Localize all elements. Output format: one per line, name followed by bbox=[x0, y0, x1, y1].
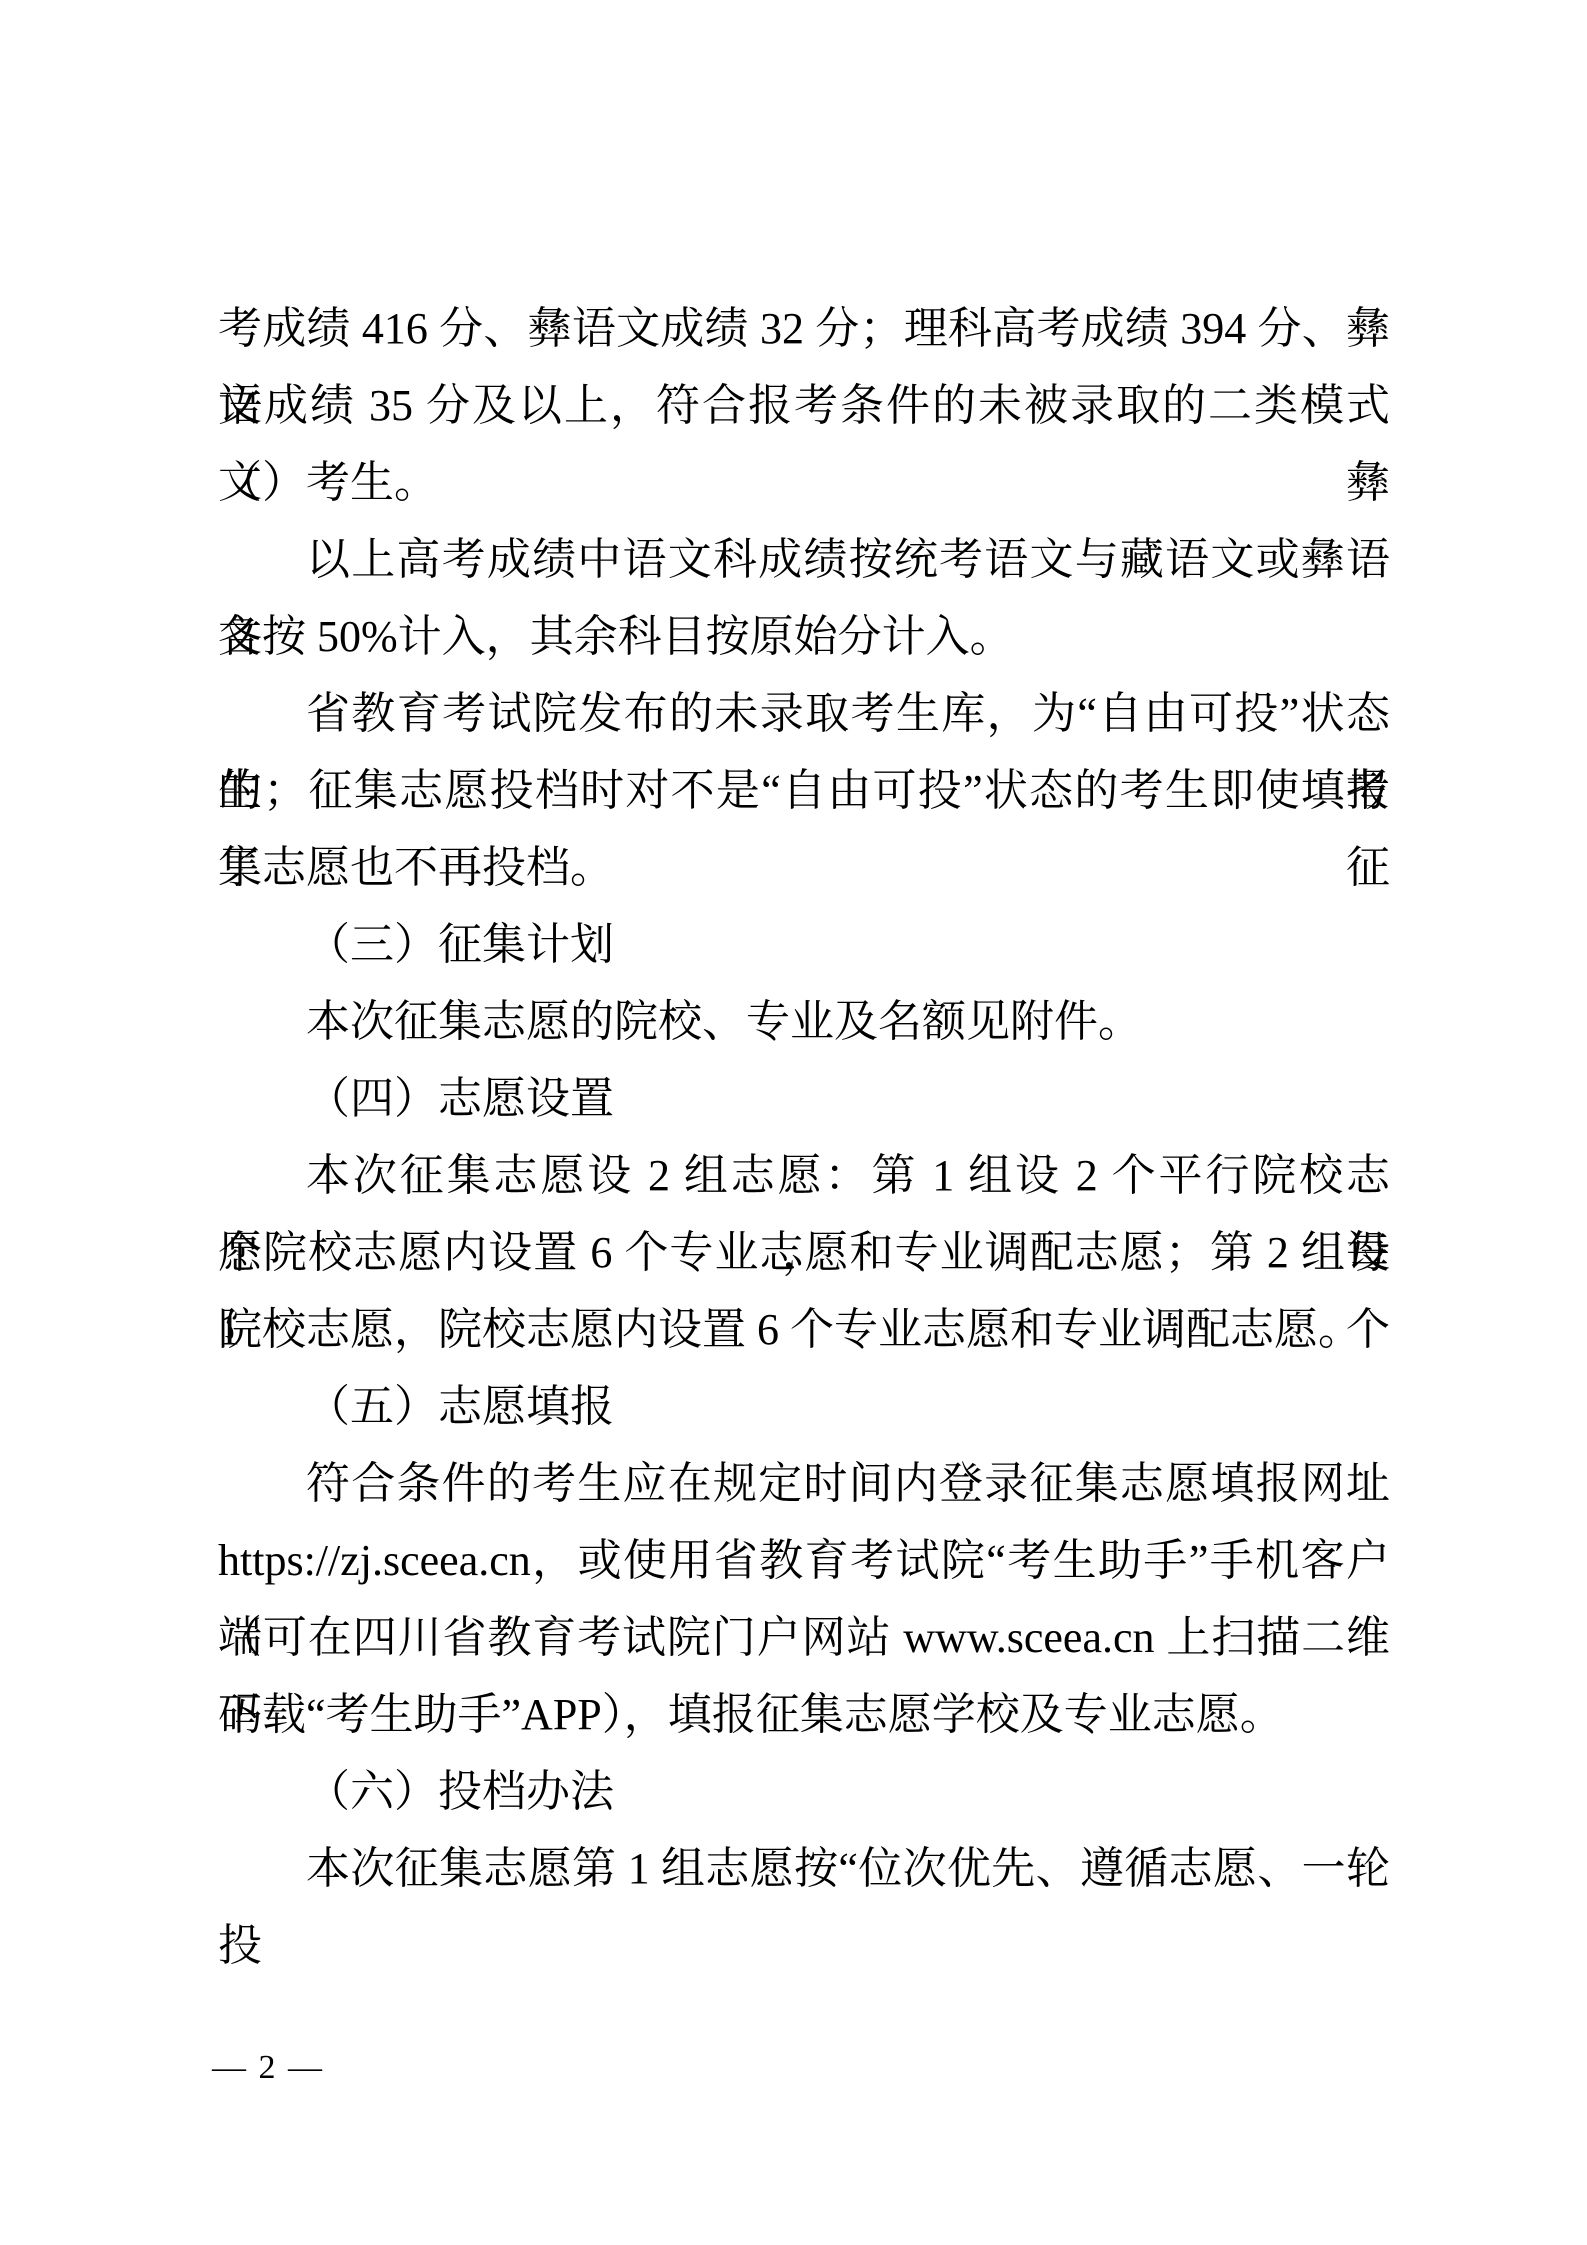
text-line: 生；征集志愿投档时对不是“自由可投”状态的考生即使填报了征 bbox=[218, 752, 1390, 829]
text-line: 符合条件的考生应在规定时间内登录征集志愿填报网址 bbox=[218, 1445, 1390, 1522]
text-line: 本次征集志愿设 2 组志愿：第 1 组设 2 个平行院校志愿，每 bbox=[218, 1137, 1390, 1214]
section-heading: （四）志愿设置 bbox=[218, 1060, 1390, 1137]
text-line: 院校志愿，院校志愿内设置 6 个专业志愿和专业调配志愿。 bbox=[218, 1291, 1390, 1368]
text-line: 省教育考试院发布的未录取考生库，为“自由可投”状态的考 bbox=[218, 675, 1390, 752]
text-line: 个院校志愿内设置 6 个专业志愿和专业调配志愿；第 2 组设 1 个 bbox=[218, 1214, 1390, 1291]
document-body: 考成绩 416 分、彝语文成绩 32 分；理科高考成绩 394 分、彝语 文成绩… bbox=[218, 290, 1390, 1907]
text-line: 考成绩 416 分、彝语文成绩 32 分；理科高考成绩 394 分、彝语 bbox=[218, 290, 1390, 367]
text-line: 本次征集志愿第 1 组志愿按“位次优先、遵循志愿、一轮投 bbox=[218, 1830, 1390, 1907]
document-page: 考成绩 416 分、彝语文成绩 32 分；理科高考成绩 394 分、彝语 文成绩… bbox=[0, 0, 1587, 2245]
section-heading: （五）志愿填报 bbox=[218, 1368, 1390, 1445]
text-line: 以上高考成绩中语文科成绩按统考语文与藏语文或彝语文 bbox=[218, 521, 1390, 598]
text-line: 本次征集志愿的院校、专业及名额见附件。 bbox=[218, 983, 1390, 1060]
section-heading: （六）投档办法 bbox=[218, 1753, 1390, 1830]
text-line: 文成绩 35 分及以上，符合报考条件的未被录取的二类模式（彝 bbox=[218, 367, 1390, 444]
page-number: — 2 — bbox=[212, 2048, 324, 2088]
text-line: （可在四川省教育考试院门户网站 www.sceea.cn 上扫描二维码 bbox=[218, 1599, 1390, 1676]
text-line: 下载“考生助手”APP），填报征集志愿学校及专业志愿。 bbox=[218, 1676, 1390, 1753]
text-line: 各按 50%计入，其余科目按原始分计入。 bbox=[218, 598, 1390, 675]
text-line: https://zj.sceea.cn，或使用省教育考试院“考生助手”手机客户端 bbox=[218, 1522, 1390, 1599]
section-heading: （三）征集计划 bbox=[218, 906, 1390, 983]
